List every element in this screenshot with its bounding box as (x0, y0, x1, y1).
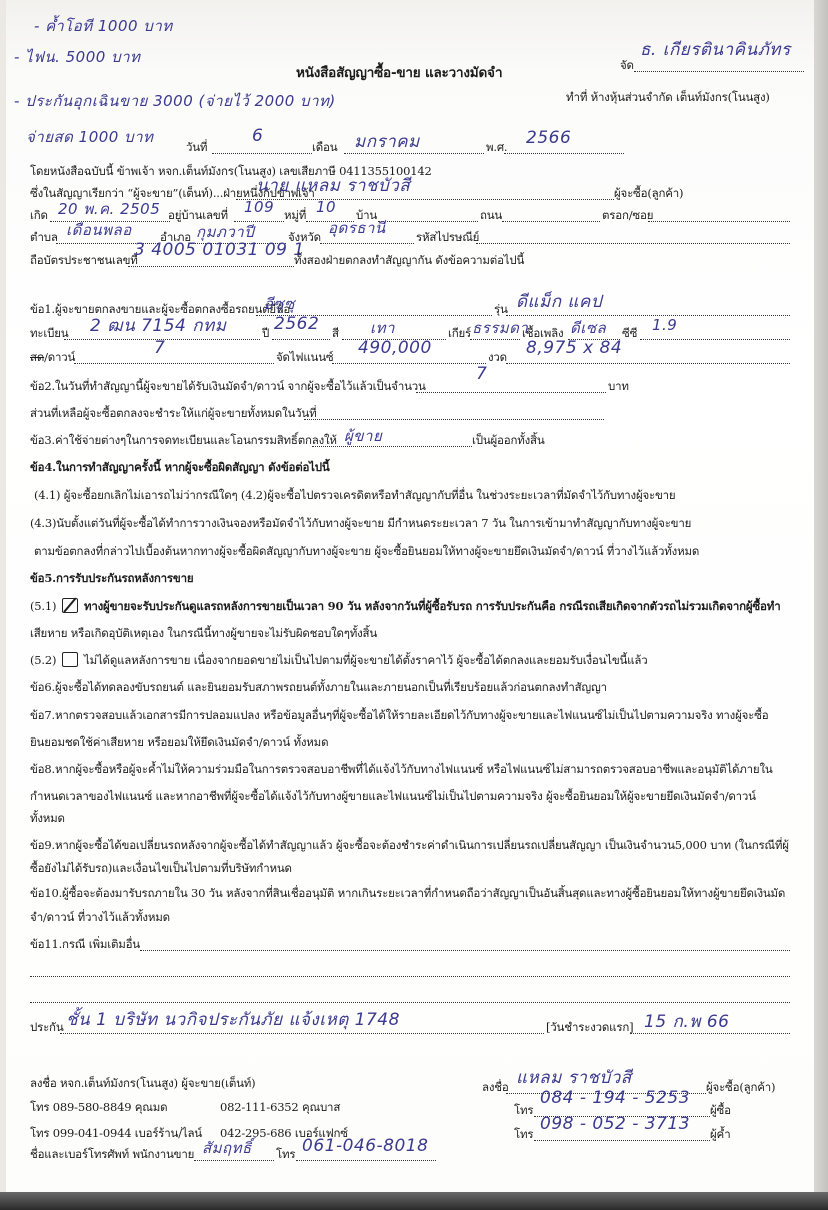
no-after-sales-checkbox[interactable] (62, 652, 78, 667)
clause-10b: จำ/ดาวน์ ที่วางไว้แล้วทั้งหมด (30, 910, 170, 924)
page-edge (814, 0, 828, 1210)
clause-9b: ซื้อยังไม่ได้รับรถ)และเงื่อนไขเป็นไปตามท… (30, 861, 292, 875)
margin-note: - ประกันอุกเฉินขาย 3000 (จ่ายไว้ 2000 บา… (14, 89, 336, 113)
year-value: 2566 (526, 128, 571, 148)
clause-5-1-label: (5.1) (30, 599, 56, 613)
seller-signature: ลงชื่อ หจก.เต็นท์มังกร(โนนสูง) ผู้จะขาย(… (30, 1076, 255, 1090)
clause-8c: ทั้งหมด (30, 811, 65, 825)
clause-2b: ส่วนที่เหลือผู้จะซื้อตกลงจะชำระให้แก่ผู้… (30, 406, 316, 420)
contract-page: - ค้ำโอที 1000 บาท - ไฟน. 5000 บาท - ประ… (6, 0, 814, 1192)
clause-8b: กำหนดเวลาของไฟแนนซ์ และหากอาชีพที่ผู้จะซ… (30, 789, 756, 803)
buyer-phone-value: 084 - 194 - 5253 (540, 1088, 690, 1108)
year-label: พ.ศ. (486, 140, 507, 154)
clause-5-1b: เสียหาย หรือเกิดอุบัติเหตุเอง ในกรณีนี้ท… (30, 626, 377, 640)
clause-2a: ข้อ2.ในวันที่ทำสัญญานี้ผู้จะขายได้รับเงิ… (30, 379, 426, 393)
model-label: รุ่น (494, 302, 508, 316)
buyer-sign-suffix: ผู้จะซื้อ(ลูกค้า) (706, 1080, 775, 1094)
clause-5: ข้อ5.การรับประกันรถหลังการขาย (30, 571, 193, 585)
buyer-suffix: ผู้จะซื้อ(ลูกค้า) (614, 186, 683, 200)
clause-5-2: ไม่ได้ดูแลหลังการขาย เนื่องจากยอดขายไม่เ… (84, 653, 647, 667)
month-label: เดือน (312, 140, 337, 154)
made-at-label: จัด (620, 58, 634, 72)
color-label: สี (332, 326, 339, 340)
buyer-phone-suffix: ผู้ซื้อ (710, 1103, 731, 1117)
born-label: เกิด (30, 208, 48, 222)
deposit-value: 7 (476, 364, 487, 384)
date-label: วันที่ (186, 140, 207, 154)
guarantor-phone-value: 098 - 052 - 3713 (540, 1114, 690, 1134)
finance-value: 490,000 (358, 338, 432, 358)
installment-value: 8,975 x 84 (526, 338, 622, 358)
down-label-struck: สด (30, 350, 44, 364)
place-text: ทำที่ ห้างหุ้นส่วนจำกัด เต็นท์มังกร(โนนส… (566, 90, 770, 104)
guarantor-phone-label: โทร (514, 1127, 533, 1141)
down-label: สด/ดาวน์ (30, 350, 75, 364)
moo-value: 10 (316, 198, 336, 216)
year-value: 2562 (274, 314, 319, 334)
down-value: 7 (154, 338, 165, 358)
model-value: ดีแม็ก แคป (516, 288, 602, 315)
clause-8a: ข้อ8.หากผู้จะซื้อหรือผู้จะค้ำไม่ให้ความร… (30, 762, 773, 776)
clause-4: ข้อ4.ในการทำสัญญาครั้งนี้ หากผู้จะซื้อผิ… (30, 460, 330, 474)
clause-4-3b: ตามข้อตกลงที่กล่าวไปเบื้องต้นหากทางผู้จะ… (34, 544, 699, 558)
salesperson-phone-value: 061-046-8018 (302, 1136, 428, 1156)
gear-value: ธรรมดา (472, 316, 528, 340)
warranty-90-days-checkbox[interactable] (62, 598, 78, 613)
clause-3: ข้อ3.ค่าใช้จ่ายต่างๆในการจดทะเบียนและโอน… (30, 433, 337, 447)
made-at-value: ธ. เกียรตินาคินภัทร (640, 36, 791, 63)
clause-2-unit: บาท (608, 379, 629, 393)
id-label: ถือบัตรประชาชนเลขที่ (30, 253, 138, 267)
clause-7b: ยินยอมชดใช้ค่าเสียหาย หรือยอมให้ยึดเงินม… (30, 735, 328, 749)
first-due-value: 15 ก.พ 66 (644, 1008, 729, 1035)
table-surface (0, 1192, 828, 1210)
seller-phone-3: โทร 099-041-0944 เบอร์ร้าน/ไลน์ (30, 1126, 202, 1140)
buyer-phone-label: โทร (514, 1103, 533, 1117)
installment-label: งวด (488, 350, 507, 364)
house-no-value: 109 (244, 198, 274, 216)
brand-value: อีซูซุ (264, 292, 295, 316)
salesperson-phone-label: โทร (276, 1147, 295, 1161)
road-label: ถนน (480, 208, 502, 222)
month-value: มกราคม (354, 128, 420, 155)
clause-11: ข้อ11.กรณี เพิ่มเติมอื่น (30, 937, 140, 951)
salesperson-label: ชื่อและเบอร์โทรศัพท์ พนักงานขาย (30, 1147, 194, 1161)
soi-label: ตรอก/ซอย (602, 208, 653, 222)
reg-value: 2 ฒน 7154 กทม (90, 312, 226, 339)
salesperson-value: สัมฤทธิ์ (202, 1136, 252, 1160)
tambon-value: เดือนพลอ (66, 218, 132, 242)
seller-phone-2: 082-111-6352 คุณบาส (220, 1100, 340, 1114)
seller-phone-1: โทร 089-580-8849 คุณมด (30, 1100, 167, 1114)
moo-label: หมู่ที่ (284, 208, 306, 222)
margin-note: จ่ายสด 1000 บาท (26, 125, 153, 149)
clause-5-1a: ทางผู้ขายจะรับประกันดูแลรถหลังการขายเป็น… (84, 599, 781, 613)
id-value: 3 4005 01031 09 1 (134, 240, 305, 260)
margin-note: - ไฟน. 5000 บาท (14, 45, 140, 69)
clause-3-value: ผู้ขาย (344, 424, 382, 448)
clause-10a: ข้อ10.ผู้ซื้อจะต้องมารับรถภายใน 30 วัน ห… (30, 886, 785, 900)
insurance-value: ชั้น 1 บริษัท นวกิจประกันภัย แจ้งเหตุ 17… (66, 1006, 400, 1033)
date-value: 6 (252, 126, 263, 146)
clause-7a: ข้อ7.หากตรวจสอบแล้วเอกสารมีการปลอมแปลง ห… (30, 708, 768, 722)
tambon-label: ตำบล (30, 230, 58, 244)
fuel-value: ดีเซล (570, 316, 606, 340)
clause-4-1: (4.1) ผู้จะซื้อยกเลิกไม่เอารถไม่ว่ากรณีใ… (34, 488, 675, 502)
clause-3-suffix: เป็นผู้ออกทั้งสิ้น (472, 433, 544, 447)
clause-9a: ข้อ9.หากผู้จะซื้อได้ขอเปลี่ยนรถหลังจากผู… (30, 838, 789, 852)
first-due-label: [วันชำระงวดแรก] (546, 1020, 633, 1034)
clause-5-2-label: (5.2) (30, 653, 56, 667)
insurance-label: ประกัน (30, 1020, 63, 1034)
gear-label: เกียร์ (448, 326, 471, 340)
reg-label: ทะเบียน (30, 326, 68, 340)
clause-4-3a: (4.3)นับตั้งแต่วันที่ผู้จะซื้อได้ทำการวา… (30, 516, 691, 530)
down-label-text: /ดาวน์ (44, 350, 75, 364)
margin-note: - ค้ำโอที 1000 บาท (34, 14, 173, 38)
buyer-sign-label: ลงชื่อ (482, 1080, 509, 1094)
buyer-name-value: นาย แหลม ราชบัวสี (256, 172, 410, 199)
color-value: เทา (370, 316, 395, 340)
cc-value: 1.9 (652, 316, 677, 334)
cc-label: ซีซี (622, 326, 637, 340)
id-suffix: ทั้งสองฝ่ายตกลงทำสัญญากัน ดังข้อความต่อไ… (294, 253, 524, 267)
clause-6: ข้อ6.ผู้จะซื้อได้ทดลองขับรถยนต์ และยินยอ… (30, 680, 607, 694)
buyer-sign-value: แหลม ราชบัวสี (516, 1064, 632, 1091)
finance-label: จัดไฟแนนซ์ (276, 350, 333, 364)
guarantor-phone-suffix: ผู้ค้ำ (710, 1127, 731, 1141)
postcode-label: รหัสไปรษณีย์ (416, 230, 479, 244)
document-title: หนังสือสัญญาซื้อ-ขาย และวางมัดจำ (296, 66, 502, 80)
year-label: ปี (262, 326, 269, 340)
province-value: อุดรธานี (328, 216, 386, 240)
